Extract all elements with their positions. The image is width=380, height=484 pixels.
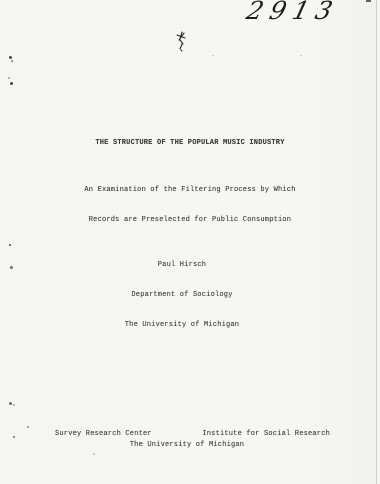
author-block: Paul Hirsch Department of Sociology The …	[0, 240, 372, 350]
scan-speck	[10, 266, 13, 269]
document-subtitle: An Examination of the Filtering Process …	[0, 165, 380, 245]
handwritten-catalog-number: 2913	[239, 0, 346, 25]
footer-left-institution: Survey Research Center	[55, 429, 152, 439]
scan-speck	[8, 77, 10, 79]
footer-right-institution: Institute for Social Research	[202, 429, 330, 439]
scan-speck	[9, 244, 11, 246]
document-title: THE STRUCTURE OF THE POPULAR MUSIC INDUS…	[0, 138, 380, 148]
scan-speck	[9, 56, 12, 59]
footer-center-institution: The University of Michigan	[0, 440, 377, 450]
author-name: Paul Hirsch	[0, 260, 372, 270]
ink-scribble-mark	[174, 30, 190, 54]
author-department: Department of Sociology	[0, 290, 372, 300]
scan-speck	[13, 436, 15, 438]
scan-speck	[212, 55, 214, 56]
scan-speck	[93, 453, 95, 455]
scan-speck	[9, 402, 12, 405]
footer-institutions-row: Survey Research Center Institute for Soc…	[55, 429, 330, 439]
scan-speck	[27, 426, 29, 428]
scan-speck	[300, 55, 302, 56]
scan-speck	[13, 404, 15, 406]
subtitle-line-1: An Examination of the Filtering Process …	[0, 185, 380, 195]
scan-speck	[10, 82, 13, 85]
scan-speck	[11, 60, 13, 62]
subtitle-line-2: Records are Preselected for Public Consu…	[0, 215, 380, 225]
scanned-title-page: 2913 THE STRUCTURE OF THE POPULAR MUSIC …	[0, 0, 380, 484]
scan-edge-line	[376, 0, 377, 484]
scan-speck	[366, 0, 371, 2]
author-university: The University of Michigan	[0, 320, 372, 330]
